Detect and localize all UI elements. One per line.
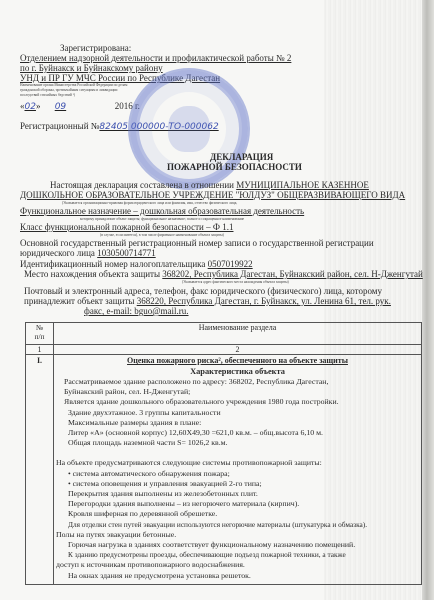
location-line: Место нахождения объекта защиты 368202, … bbox=[24, 269, 423, 280]
location-label: Место нахождения объекта защиты bbox=[24, 269, 162, 279]
body-line: Горючая нагрузка в зданиях соответствует… bbox=[56, 540, 419, 550]
numbering-col-1: 1 bbox=[26, 345, 54, 355]
table-numbering-row: 1 2 bbox=[26, 345, 422, 355]
scan-page-edge bbox=[422, 0, 434, 600]
body-line: Общая площадь наземной части S= 1026,2 к… bbox=[56, 438, 419, 448]
postal-label: принадлежит объект защиты bbox=[24, 296, 137, 306]
inn-value: 0507019922 bbox=[208, 259, 253, 269]
sections-table: № п/п Наименование раздела 1 2 I. Оценка… bbox=[25, 322, 422, 585]
table-header-row: № п/п Наименование раздела bbox=[26, 323, 422, 345]
body-line: На окнах здания не предусмотрена установ… bbox=[56, 571, 419, 581]
inn-label: Идентификационный номер налогоплательщик… bbox=[20, 259, 208, 269]
body-line: Здание двухэтажное. 3 группы капитальнос… bbox=[56, 408, 419, 418]
table-row: I. Оценка пожарного риска², обеспеченног… bbox=[26, 355, 422, 585]
ogrn-line-2: юридического лица 1030500714771 bbox=[20, 248, 156, 259]
date-month: 09 bbox=[43, 102, 115, 113]
body-line: К зданию предусмотрены проезды, обеспечи… bbox=[56, 550, 419, 560]
body-line: Кровля шиферная по деревянной обрешетке. bbox=[56, 509, 419, 519]
section-body: Рассматриваемое здание расположено по ад… bbox=[56, 377, 419, 581]
section-content: Оценка пожарного риска², обеспеченного н… bbox=[54, 355, 422, 585]
body-line: доступ к источникам противопожарного вод… bbox=[56, 560, 419, 570]
body-line: Для отделки стен путей эвакуации использ… bbox=[56, 520, 419, 530]
body-blank-line bbox=[56, 448, 419, 458]
authority-caption-3: последствий стихийных бедствий ¹) bbox=[20, 93, 75, 98]
numbering-col-2: 2 bbox=[54, 345, 422, 355]
body-line: Литер «А» (основной корпус) 12,60Х49,30 … bbox=[56, 428, 419, 438]
body-line: Является здание дошкольного образователь… bbox=[56, 397, 419, 407]
registration-date: «02» 092016 г. bbox=[20, 101, 140, 113]
ogrn-label: юридического лица bbox=[20, 248, 97, 258]
section-subtitle: Характеристика объекта bbox=[56, 366, 419, 377]
registration-number: Регистрационный №82405 000000-ТО-000062 bbox=[20, 121, 219, 133]
ogrn-value: 1030500714771 bbox=[97, 248, 156, 258]
body-line: Перегородки здания выполнены – из негорю… bbox=[56, 499, 419, 509]
fire-safety-class: Класс функциональной пожарной безопаснос… bbox=[20, 222, 233, 233]
body-line: • система автоматического обнаружения по… bbox=[56, 469, 419, 479]
body-line: Перекрытия здания выполнены из железобет… bbox=[56, 489, 419, 499]
org-name-line-2: ДОШКОЛЬНОЕ ОБРАЗОВАТЕЛЬНОЕ УЧРЕЖДЕНИЕ "Ю… bbox=[20, 190, 405, 201]
body-line: • система оповещения и управления эвакуа… bbox=[56, 479, 419, 489]
location-value: 368202, Республика Дагестан, Буйнакский … bbox=[162, 269, 423, 279]
org-name-line-1: МУНИЦИПАЛЬНОЕ КАЗЕННОЕ bbox=[236, 180, 369, 190]
header-num: № п/п bbox=[26, 323, 54, 345]
title-line-2: ПОЖАРНОЙ БЕЗОПАСНОСТИ bbox=[167, 162, 302, 173]
fax-email-line: факс, e-mail: bguo@mail.ru. bbox=[24, 306, 309, 317]
section-title: Оценка пожарного риска², обеспеченного н… bbox=[56, 355, 419, 366]
body-line: Максимальные размеры здания в плане: bbox=[56, 418, 419, 428]
header-section-name: Наименование раздела bbox=[54, 323, 422, 345]
reg-number-label: Регистрационный № bbox=[20, 121, 99, 131]
postal-value: 368220, Республика Дагестан, г. Буйнакск… bbox=[137, 296, 391, 306]
body-line: Буйнакский район, сел. Н-Дженгутай; bbox=[56, 387, 419, 397]
location-caption: (Указывается адрес фактического места на… bbox=[182, 280, 289, 285]
functional-purpose: Функциональное назначение – дошкольная о… bbox=[20, 206, 304, 217]
intro-text: Настоящая декларация составлена в отноше… bbox=[50, 180, 236, 190]
body-line: На объекте предусматриваются следующие с… bbox=[56, 458, 419, 468]
body-line: Рассматриваемое здание расположено по ад… bbox=[56, 377, 419, 387]
date-day: 02 bbox=[25, 102, 36, 112]
section-number: I. bbox=[26, 355, 54, 585]
date-close-quote: » bbox=[36, 101, 41, 111]
date-year: 2016 г. bbox=[115, 101, 140, 111]
reg-number-value: 82405 000000-ТО-000062 bbox=[99, 122, 218, 132]
body-line: Полы на путях эвакуации бетонные. bbox=[56, 530, 419, 540]
